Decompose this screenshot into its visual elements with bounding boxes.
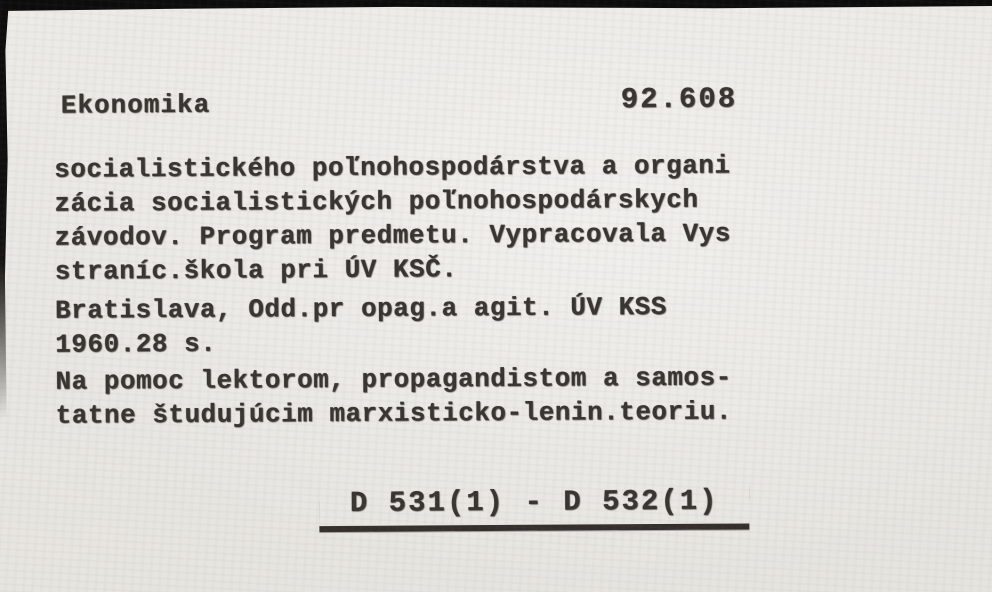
body-line: tatne študujúcim marxisticko-lenin.teori… (56, 393, 956, 432)
card-body: socialistického poľnohospodárstva a orga… (54, 147, 956, 432)
typewritten-content: Ekonomika 92.608 socialistického poľnoho… (0, 0, 992, 592)
body-line: zácia socialistických poľnohospodárskych (54, 181, 954, 220)
call-number: D 531(1) - D 532(1) (319, 484, 749, 532)
body-line: závodov. Program predmetu. Vypracovala V… (55, 215, 955, 254)
body-line: straníc.škola pri ÚV KSČ. (55, 249, 955, 288)
body-line: socialistického poľnohospodárstva a orga… (54, 147, 954, 186)
catalog-card-scan: Ekonomika 92.608 socialistického poľnoho… (0, 0, 992, 592)
body-line: Bratislava, Odd.pr opag.a agit. ÚV KSS (55, 288, 955, 327)
accession-number: 92.608 (621, 83, 738, 117)
body-line: Na pomoc lektorom, propagandistom a samo… (55, 359, 955, 398)
card-heading: Ekonomika (61, 90, 211, 121)
body-line: 1960.28 s. (55, 322, 955, 361)
